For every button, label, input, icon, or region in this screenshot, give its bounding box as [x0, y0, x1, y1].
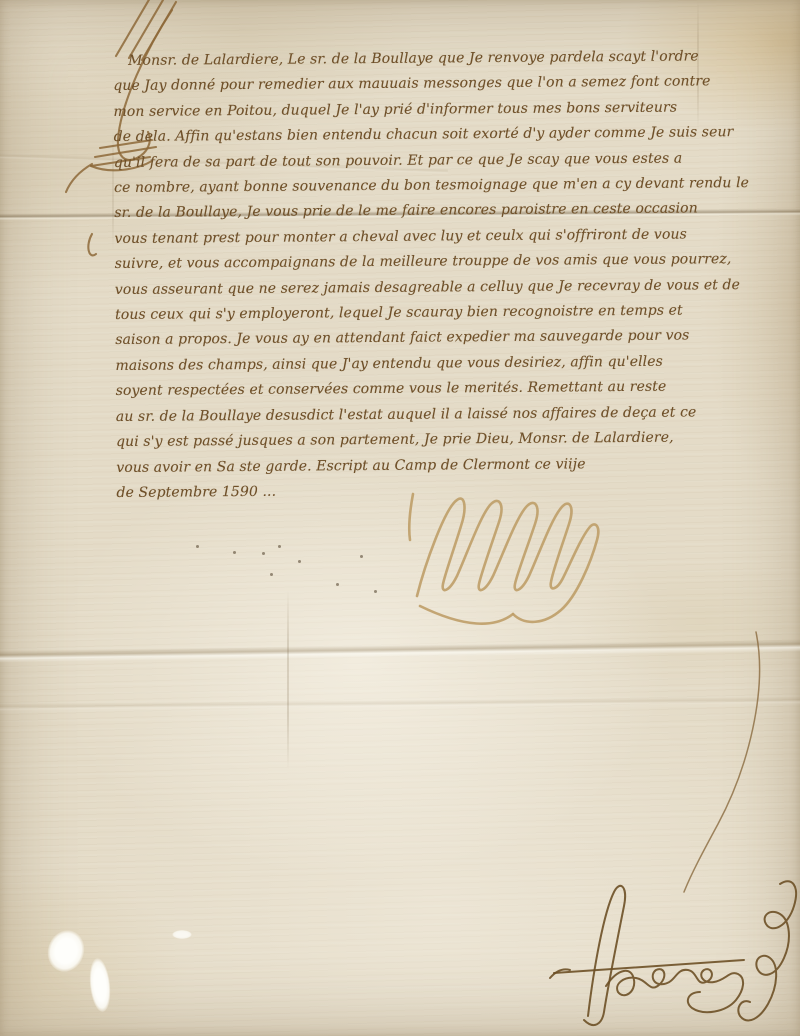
paraph-tail	[652, 628, 782, 898]
damage-hole	[172, 930, 192, 939]
body-text: Monsr. de Lalardiere, Le sr. de la Boull…	[113, 44, 800, 507]
ink-speck	[336, 583, 339, 586]
henry-signature: Henry	[405, 478, 610, 618]
ink-speck	[374, 590, 377, 593]
text-line: vous asseurant que ne serez jamais desag…	[115, 272, 799, 303]
ink-speck	[270, 573, 273, 576]
text-line: de dela. Affin qu'estans bien entendu ch…	[114, 120, 798, 151]
ink-speck	[278, 545, 281, 548]
ink-speck	[298, 560, 301, 563]
vertical-crease	[287, 590, 289, 770]
ink-speck	[233, 551, 236, 554]
text-line: que Jay donné pour remedier aux mauuais …	[113, 69, 797, 100]
countersignature-forget: Forget	[548, 870, 800, 1036]
ink-speck	[262, 552, 265, 555]
ink-speck	[360, 555, 363, 558]
damage-hole	[87, 957, 113, 1013]
text-line: sr. de la Boullaye, Je vous prie de le m…	[114, 196, 798, 227]
ink-speck	[196, 545, 199, 548]
manuscript-page: Monsr. de Lalardiere, Le sr. de la Boull…	[0, 0, 800, 1036]
damage-hole	[42, 925, 89, 976]
